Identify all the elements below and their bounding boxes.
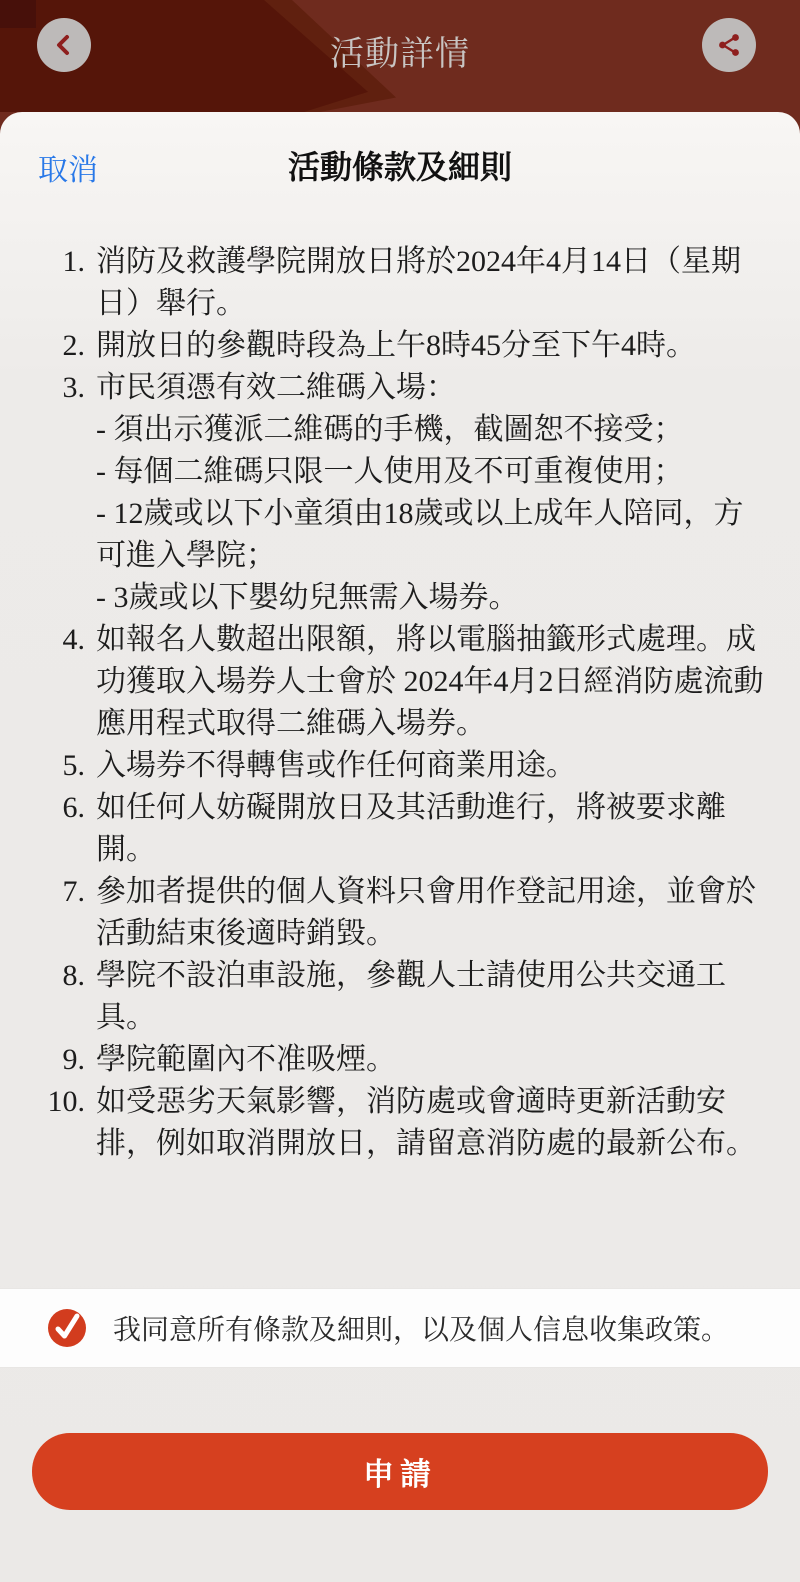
apply-button[interactable]: 申請 bbox=[32, 1433, 768, 1510]
footer: 申請 bbox=[0, 1368, 800, 1582]
term-text: 開放日的參觀時段為上午8時45分至下午4時。 bbox=[96, 325, 770, 367]
term-item: 4. 如報名人數超出限額，將以電腦抽籤形式處理。成功獲取入場券人士會於 2024… bbox=[0, 619, 770, 745]
agreement-checkbox[interactable] bbox=[48, 1309, 86, 1347]
term-text: 如報名人數超出限額，將以電腦抽籤形式處理。成功獲取入場券人士會於 2024年4月… bbox=[96, 619, 770, 745]
term-text: 學院不設泊車設施，參觀人士請使用公共交通工具。 bbox=[96, 955, 770, 1039]
app-screen: 活動詳情 取消 活動條款及細則 bbox=[0, 0, 800, 1582]
term-text: 參加者提供的個人資料只會用作登記用途，並會於活動結束後適時銷毀。 bbox=[96, 871, 770, 955]
term-number: 4. bbox=[0, 619, 96, 745]
term-number: 3. bbox=[0, 367, 96, 619]
term-item: 7. 參加者提供的個人資料只會用作登記用途，並會於活動結束後適時銷毀。 bbox=[0, 871, 770, 955]
term-text: 如受惡劣天氣影響，消防處或會適時更新活動安排，例如取消開放日，請留意消防處的最新… bbox=[96, 1081, 770, 1165]
page-title: 活動詳情 bbox=[0, 26, 800, 75]
agreement-row: 我同意所有條款及細則，以及個人信息收集政策。 bbox=[0, 1288, 800, 1368]
sheet-header: 取消 活動條款及細則 bbox=[0, 112, 800, 207]
term-number: 5. bbox=[0, 745, 96, 787]
checkmark-icon bbox=[48, 1309, 86, 1347]
terms-list: 1. 消防及救護學院開放日將於2024年4月14日（星期日）舉行。 2. 開放日… bbox=[0, 207, 800, 1288]
term-text: 消防及救護學院開放日將於2024年4月14日（星期日）舉行。 bbox=[96, 241, 770, 325]
term-item: 3. 市民須憑有效二維碼入場： - 須出示獲派二維碼的手機，截圖恕不接受； - … bbox=[0, 367, 770, 619]
term-text: 如任何人妨礙開放日及其活動進行，將被要求離開。 bbox=[96, 787, 770, 871]
term-item: 2. 開放日的參觀時段為上午8時45分至下午4時。 bbox=[0, 325, 770, 367]
header: 活動詳情 bbox=[0, 0, 800, 112]
term-number: 9. bbox=[0, 1039, 96, 1081]
term-number: 10. bbox=[0, 1081, 96, 1165]
chevron-left-icon bbox=[50, 31, 78, 59]
back-button[interactable] bbox=[37, 18, 91, 72]
term-number: 1. bbox=[0, 241, 96, 325]
term-number: 7. bbox=[0, 871, 96, 955]
header-corner-notch bbox=[0, 0, 36, 28]
sheet-title: 活動條款及細則 bbox=[0, 142, 800, 188]
terms-sheet: 取消 活動條款及細則 1. 消防及救護學院開放日將於2024年4月14日（星期日… bbox=[0, 112, 800, 1582]
agreement-label: 我同意所有條款及細則，以及個人信息收集政策。 bbox=[113, 1308, 729, 1348]
term-item: 6. 如任何人妨礙開放日及其活動進行，將被要求離開。 bbox=[0, 787, 770, 871]
term-text: 入場券不得轉售或作任何商業用途。 bbox=[96, 745, 770, 787]
term-number: 6. bbox=[0, 787, 96, 871]
term-number: 2. bbox=[0, 325, 96, 367]
term-number: 8. bbox=[0, 955, 96, 1039]
term-text: 學院範圍內不准吸煙。 bbox=[96, 1039, 770, 1081]
term-item: 10. 如受惡劣天氣影響，消防處或會適時更新活動安排，例如取消開放日，請留意消防… bbox=[0, 1081, 770, 1165]
share-icon bbox=[715, 31, 743, 59]
term-item: 8. 學院不設泊車設施，參觀人士請使用公共交通工具。 bbox=[0, 955, 770, 1039]
share-button[interactable] bbox=[702, 18, 756, 72]
term-text: 市民須憑有效二維碼入場： - 須出示獲派二維碼的手機，截圖恕不接受； - 每個二… bbox=[96, 367, 770, 619]
term-item: 1. 消防及救護學院開放日將於2024年4月14日（星期日）舉行。 bbox=[0, 241, 770, 325]
term-item: 9. 學院範圍內不准吸煙。 bbox=[0, 1039, 770, 1081]
term-item: 5. 入場券不得轉售或作任何商業用途。 bbox=[0, 745, 770, 787]
